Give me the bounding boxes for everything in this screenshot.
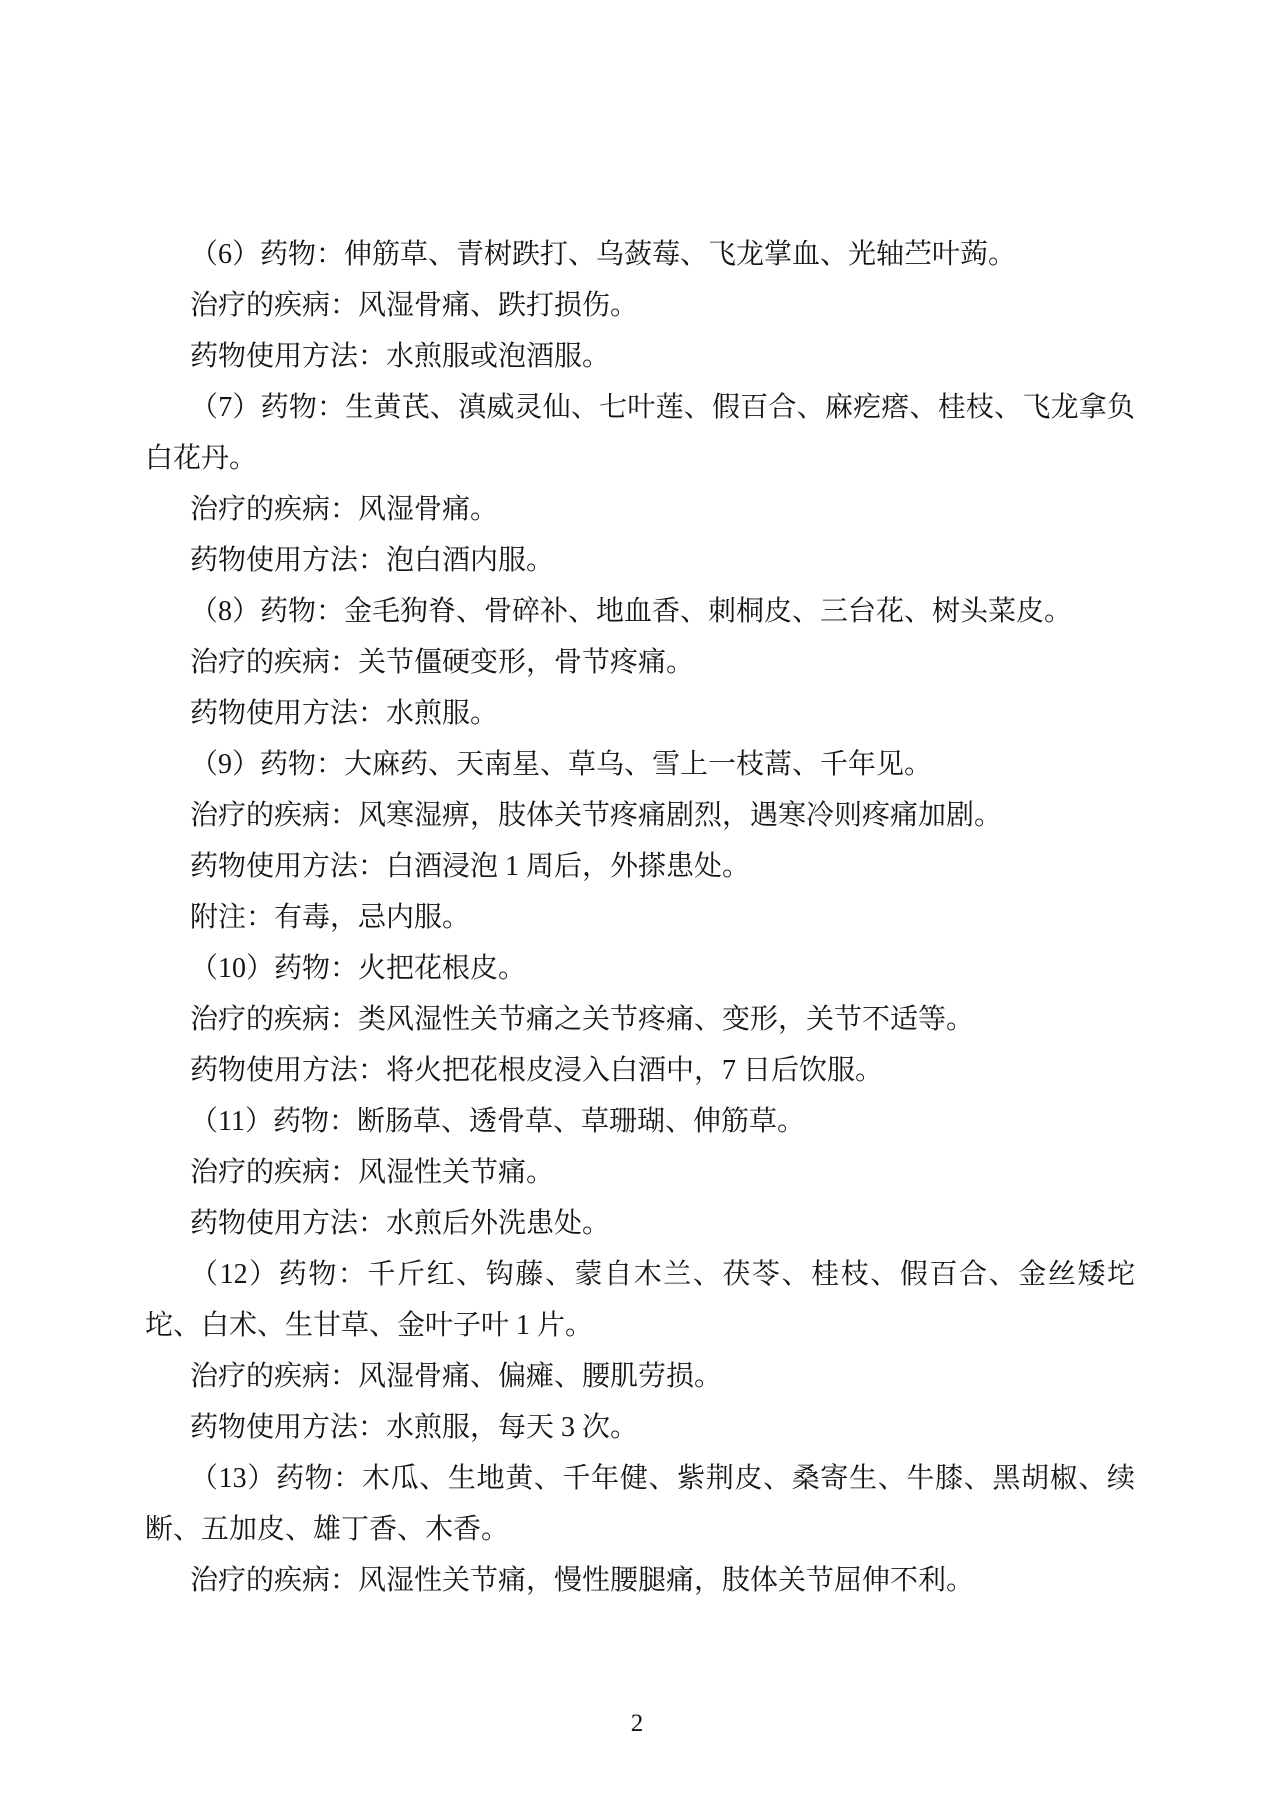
paragraph-remedy11-drugs: （11）药物：断肠草、透骨草、草珊瑚、伸筋草。	[145, 1096, 1135, 1147]
document-page: （6）药物：伸筋草、青树跌打、乌蔹莓、飞龙掌血、光轴苎叶蒟。 治疗的疾病：风湿骨…	[0, 0, 1274, 1801]
paragraph-remedy12-drugs: （12）药物：千斤红、钩藤、蒙自木兰、茯苓、桂枝、假百合、金丝矮坨坨、白术、生甘…	[145, 1249, 1135, 1351]
paragraph-remedy10-drugs: （10）药物：火把花根皮。	[145, 943, 1135, 994]
paragraph-remedy6-diseases: 治疗的疾病：风湿骨痛、跌打损伤。	[145, 280, 1135, 331]
paragraph-remedy8-diseases: 治疗的疾病：关节僵硬变形，骨节疼痛。	[145, 637, 1135, 688]
paragraph-remedy11-diseases: 治疗的疾病：风湿性关节痛。	[145, 1147, 1135, 1198]
paragraph-remedy9-usage: 药物使用方法：白酒浸泡 1 周后，外搽患处。	[145, 841, 1135, 892]
paragraph-remedy11-usage: 药物使用方法：水煎后外洗患处。	[145, 1198, 1135, 1249]
paragraph-remedy10-usage: 药物使用方法：将火把花根皮浸入白酒中，7 日后饮服。	[145, 1045, 1135, 1096]
paragraph-remedy13-diseases: 治疗的疾病：风湿性关节痛，慢性腰腿痛，肢体关节屈伸不利。	[145, 1555, 1135, 1606]
paragraph-remedy6-drugs: （6）药物：伸筋草、青树跌打、乌蔹莓、飞龙掌血、光轴苎叶蒟。	[145, 229, 1135, 280]
text-content: （6）药物：伸筋草、青树跌打、乌蔹莓、飞龙掌血、光轴苎叶蒟。 治疗的疾病：风湿骨…	[145, 229, 1135, 1606]
paragraph-remedy12-diseases: 治疗的疾病：风湿骨痛、偏瘫、腰肌劳损。	[145, 1351, 1135, 1402]
paragraph-remedy12-usage: 药物使用方法：水煎服，每天 3 次。	[145, 1402, 1135, 1453]
paragraph-remedy13-drugs: （13）药物：木瓜、生地黄、千年健、紫荆皮、桑寄生、牛膝、黑胡椒、续断、五加皮、…	[145, 1453, 1135, 1555]
paragraph-remedy7-drugs: （7）药物：生黄芪、滇威灵仙、七叶莲、假百合、麻疙瘩、桂枝、飞龙拿负白花丹。	[145, 382, 1135, 484]
paragraph-remedy8-usage: 药物使用方法：水煎服。	[145, 688, 1135, 739]
paragraph-remedy9-note: 附注：有毒，忌内服。	[145, 892, 1135, 943]
page-number: 2	[0, 1710, 1274, 1738]
paragraph-remedy10-diseases: 治疗的疾病：类风湿性关节痛之关节疼痛、变形，关节不适等。	[145, 994, 1135, 1045]
paragraph-remedy7-diseases: 治疗的疾病：风湿骨痛。	[145, 484, 1135, 535]
paragraph-remedy9-drugs: （9）药物：大麻药、天南星、草乌、雪上一枝蒿、千年见。	[145, 739, 1135, 790]
paragraph-remedy7-usage: 药物使用方法：泡白酒内服。	[145, 535, 1135, 586]
paragraph-remedy9-diseases: 治疗的疾病：风寒湿痹，肢体关节疼痛剧烈，遇寒冷则疼痛加剧。	[145, 790, 1135, 841]
paragraph-remedy8-drugs: （8）药物：金毛狗脊、骨碎补、地血香、刺桐皮、三台花、树头菜皮。	[145, 586, 1135, 637]
paragraph-remedy6-usage: 药物使用方法：水煎服或泡酒服。	[145, 331, 1135, 382]
